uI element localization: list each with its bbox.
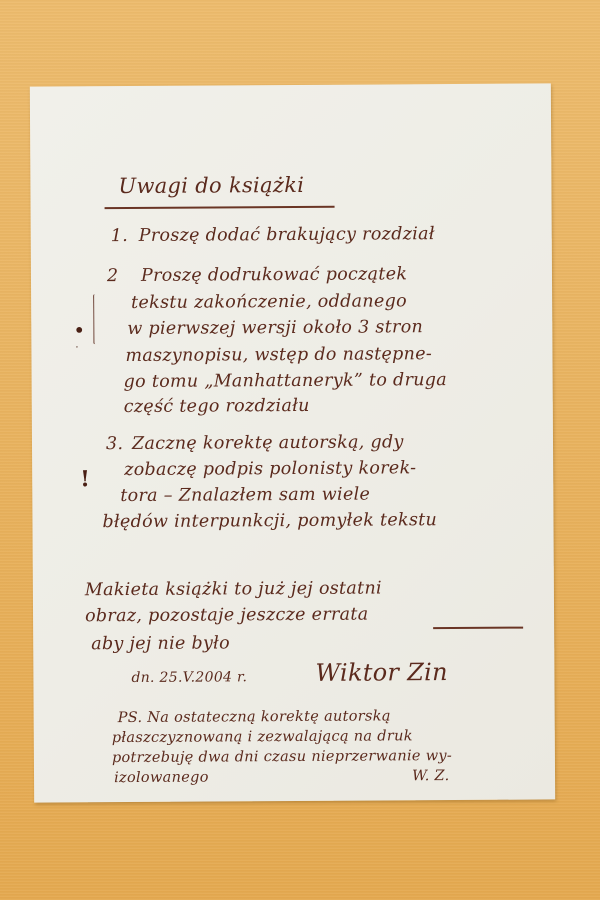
handwritten-letter-page: Uwagi do książki 1. Proszę dodać brakują… — [30, 83, 555, 802]
postscript-line-3: potrzebuję dwa dni czasu nieprzerwanie w… — [112, 748, 452, 766]
margin-dot-mark: • — [73, 318, 85, 342]
item-3-line-3: tora – Znalazłem sam wiele — [120, 485, 370, 507]
closing-line-1: Makieta książki to już jej ostatni — [85, 578, 382, 600]
postscript-line-4: izolowanego — [114, 770, 209, 787]
item-2-line-2: tekstu zakończenie, oddanego — [131, 291, 407, 313]
item-2-line-6: część tego rozdziału — [124, 396, 310, 417]
item-2-number: 2 — [107, 266, 119, 286]
item-2-line-3: w pierwszej wersji około 3 stron — [127, 317, 423, 339]
item-3-line-4: błędów interpunkcji, pomyłek tekstu — [102, 510, 437, 532]
author-signature: Wiktor Zin — [315, 658, 448, 687]
letter-date: dn. 25.V.2004 r. — [131, 669, 247, 686]
item-1-number: 1. — [111, 226, 128, 246]
item-2-line-1: Proszę dodrukować początek — [141, 264, 407, 286]
errata-underline — [433, 627, 523, 629]
postscript-initials: W. Z. — [412, 768, 450, 784]
item-3-line-1: Zacznę korektę autorską, gdy — [132, 432, 404, 454]
postscript-line-1: PS. Na ostateczną korektę autorską — [118, 708, 391, 726]
item-2-line-4: maszynopisu, wstęp do następne- — [125, 344, 432, 366]
item-3-line-2: zobaczę podpis polonisty korek- — [124, 458, 416, 480]
margin-small-dot: · — [75, 342, 78, 353]
item-3-number: 3. — [106, 434, 123, 454]
title-underline — [105, 206, 335, 209]
closing-line-2: obraz, pozostaje jeszcze errata — [85, 605, 369, 627]
closing-line-3: aby jej nie było — [91, 633, 230, 654]
item-2-line-5: go tomu „Manhattaneryk” to druga — [124, 370, 448, 392]
item-1-line-1: Proszę dodać brakujący rozdział — [139, 224, 435, 246]
margin-bracket — [93, 294, 97, 344]
margin-exclamation-mark: ! — [80, 466, 90, 492]
letter-title: Uwagi do książki — [118, 173, 304, 198]
postscript-line-2: płaszczyznowaną i zezwalającą na druk — [112, 728, 413, 746]
